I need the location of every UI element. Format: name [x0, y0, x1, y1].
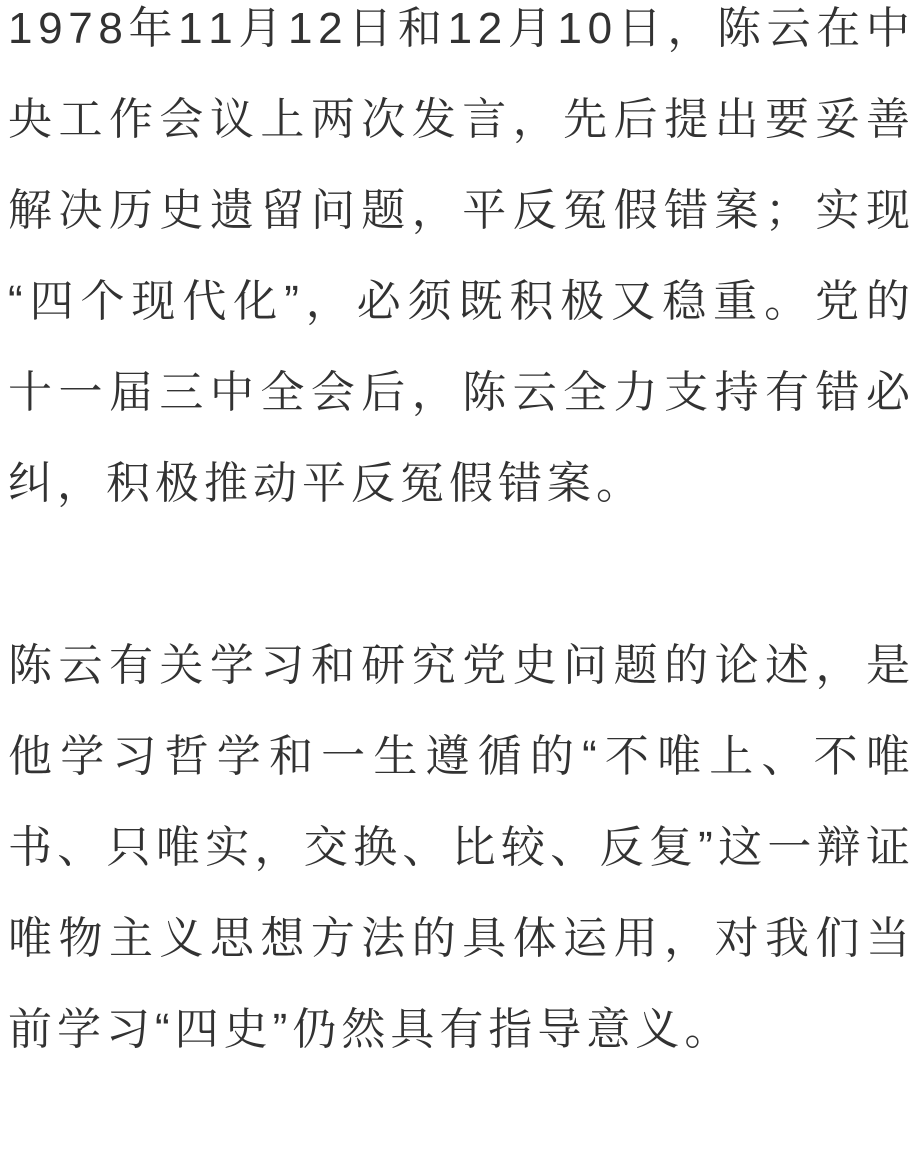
text-line-5: 十一届三中全会后，陈云全力支持有错必 [8, 347, 910, 438]
text-line-1: 1978年11月12日和12月10日，陈云在中 [8, 0, 910, 74]
paragraph-2: 陈云有关学习和研究党史问题的论述，是 他学习哲学和一生遵循的“不唯上、不唯 书、… [8, 620, 910, 1075]
text-line-10: 唯物主义思想方法的具体运用，对我们当 [8, 893, 910, 984]
paragraph-1: 1978年11月12日和12月10日，陈云在中 央工作会议上两次发言，先后提出要… [8, 0, 910, 529]
article-page: 1978年11月12日和12月10日，陈云在中 央工作会议上两次发言，先后提出要… [0, 0, 921, 1075]
text-line-11: 前学习“四史”仍然具有指导意义。 [8, 984, 910, 1075]
text-line-8: 他学习哲学和一生遵循的“不唯上、不唯 [8, 711, 910, 802]
text-line-6: 纠，积极推动平反冤假错案。 [8, 438, 910, 529]
text-line-4: “四个现代化”，必须既积极又稳重。党的 [8, 256, 910, 347]
text-line-2: 央工作会议上两次发言，先后提出要妥善 [8, 74, 910, 165]
text-line-7: 陈云有关学习和研究党史问题的论述，是 [8, 620, 910, 711]
text-line-3: 解决历史遗留问题，平反冤假错案；实现 [8, 165, 910, 256]
text-line-9: 书、只唯实，交换、比较、反复”这一辩证 [8, 802, 910, 893]
